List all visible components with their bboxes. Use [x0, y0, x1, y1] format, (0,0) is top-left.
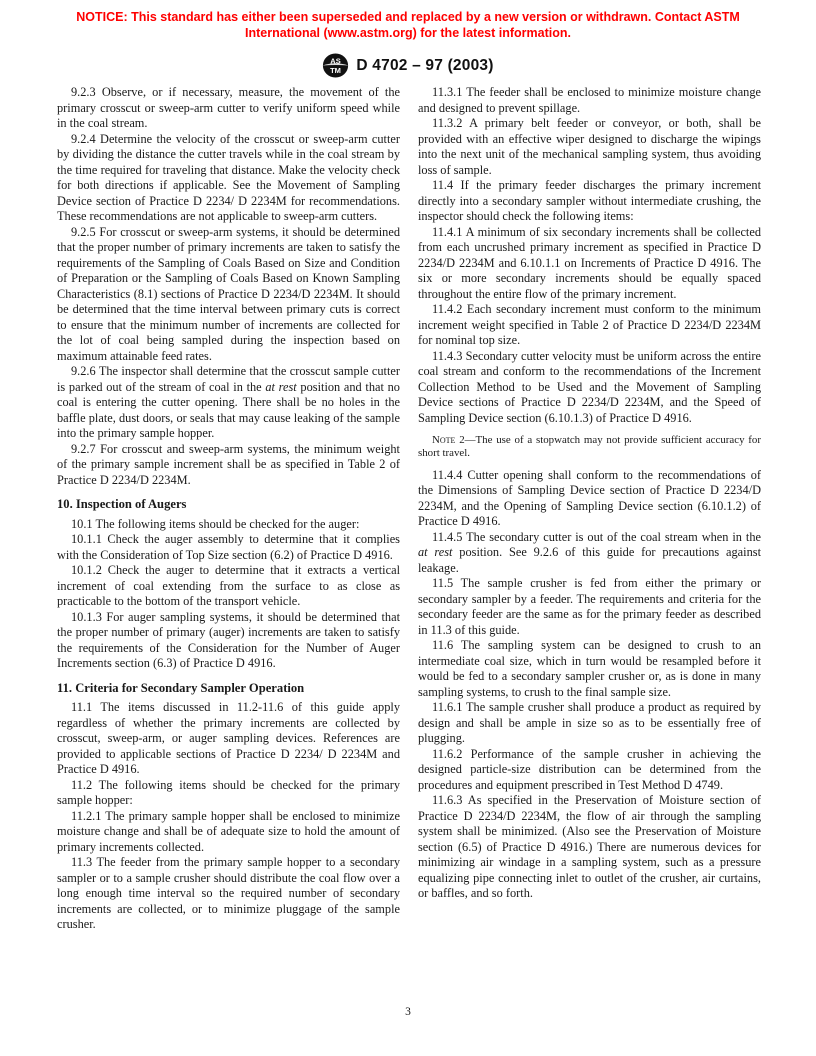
- notice-line-1: NOTICE: This standard has either been su…: [30, 9, 786, 25]
- text-run: 11.2.1 The primary sample hopper shall b…: [57, 809, 400, 854]
- text-run: 9.2.7 For crosscut and sweep-arm systems…: [57, 442, 400, 487]
- text-run: 11.1 The items discussed in 11.2-11.6 of…: [57, 700, 400, 776]
- paragraph: 11.4.3 Secondary cutter velocity must be…: [418, 349, 761, 427]
- paragraph: 9.2.3 Observe, or if necessary, measure,…: [57, 85, 400, 132]
- text-run: 11.2 The following items should be check…: [57, 778, 400, 808]
- paragraph: 11.4.5 The secondary cutter is out of th…: [418, 530, 761, 577]
- text-run: 11.6.1 The sample crusher shall produce …: [418, 700, 761, 745]
- text-run: 11.6 The sampling system can be designed…: [418, 638, 761, 699]
- paragraph: 11.2 The following items should be check…: [57, 778, 400, 809]
- paragraph: 11.6.1 The sample crusher shall produce …: [418, 700, 761, 747]
- text-run: 11.3.2 A primary belt feeder or conveyor…: [418, 116, 761, 177]
- paragraph: 11.4.4 Cutter opening shall conform to t…: [418, 468, 761, 530]
- text-run: 10.1 The following items should be check…: [71, 517, 359, 531]
- paragraph: 10.1.3 For auger sampling systems, it sh…: [57, 610, 400, 672]
- italic-text-run: at rest: [265, 380, 296, 394]
- text-run: 9.2.4 Determine the velocity of the cros…: [57, 132, 400, 224]
- document-header: AS TM D 4702 – 97 (2003): [0, 52, 816, 79]
- document-page: NOTICE: This standard has either been su…: [0, 0, 816, 1056]
- text-run: 11.6.2 Performance of the sample crusher…: [418, 747, 761, 792]
- text-run: position. See 9.2.6 of this guide for pr…: [418, 545, 761, 575]
- footnote: Note 2—The use of a stopwatch may not pr…: [418, 434, 761, 461]
- text-run: 11.3 The feeder from the primary sample …: [57, 855, 400, 931]
- right-column: 11.3.1 The feeder shall be enclosed to m…: [418, 85, 761, 933]
- notice-line-2: International (www.astm.org) for the lat…: [30, 25, 786, 41]
- paragraph: 11.3.1 The feeder shall be enclosed to m…: [418, 85, 761, 116]
- text-run: 11.4.1 A minimum of six secondary increm…: [418, 225, 761, 301]
- text-run: 9.2.5 For crosscut or sweep-arm systems,…: [57, 225, 400, 363]
- paragraph: 11.2.1 The primary sample hopper shall b…: [57, 809, 400, 856]
- section-heading: 11. Criteria for Secondary Sampler Opera…: [57, 681, 400, 697]
- page-number: 3: [0, 1006, 816, 1018]
- text-run: 11.4.3 Secondary cutter velocity must be…: [418, 349, 761, 425]
- standard-designation: D 4702 – 97 (2003): [356, 57, 493, 75]
- text-run: 11. Criteria for Secondary Sampler Opera…: [57, 681, 304, 695]
- text-run: 11.4.4 Cutter opening shall conform to t…: [418, 468, 761, 529]
- body-columns: 9.2.3 Observe, or if necessary, measure,…: [57, 85, 761, 933]
- paragraph: 10.1 The following items should be check…: [57, 517, 400, 533]
- paragraph: 11.6.3 As specified in the Preservation …: [418, 793, 761, 902]
- supersession-notice: NOTICE: This standard has either been su…: [30, 9, 786, 41]
- left-column: 9.2.3 Observe, or if necessary, measure,…: [57, 85, 400, 933]
- section-heading: 10. Inspection of Augers: [57, 497, 400, 513]
- paragraph: 10.1.1 Check the auger assembly to deter…: [57, 532, 400, 563]
- paragraph: 11.4.1 A minimum of six secondary increm…: [418, 225, 761, 303]
- astm-logo-icon: AS TM: [322, 52, 349, 79]
- text-run: 9.2.3 Observe, or if necessary, measure,…: [57, 85, 400, 130]
- paragraph: 11.6.2 Performance of the sample crusher…: [418, 747, 761, 794]
- text-run: 2—The use of a stopwatch may not provide…: [418, 434, 761, 459]
- paragraph: 9.2.5 For crosscut or sweep-arm systems,…: [57, 225, 400, 365]
- text-run: 10.1.2 Check the auger to determine that…: [57, 563, 400, 608]
- text-run: 11.4.2 Each secondary increment must con…: [418, 302, 761, 347]
- text-run: 11.5 The sample crusher is fed from eith…: [418, 576, 761, 637]
- paragraph: 11.6 The sampling system can be designed…: [418, 638, 761, 700]
- paragraph: 11.5 The sample crusher is fed from eith…: [418, 576, 761, 638]
- paragraph: 11.1 The items discussed in 11.2-11.6 of…: [57, 700, 400, 778]
- text-run: 10.1.3 For auger sampling systems, it sh…: [57, 610, 400, 671]
- text-run: 11.4.5 The secondary cutter is out of th…: [432, 530, 761, 544]
- text-run: 10. Inspection of Augers: [57, 497, 186, 511]
- paragraph: 11.3 The feeder from the primary sample …: [57, 855, 400, 933]
- text-run: 11.4 If the primary feeder discharges th…: [418, 178, 761, 223]
- text-run: 11.6.3 As specified in the Preservation …: [418, 793, 761, 900]
- paragraph: 11.4 If the primary feeder discharges th…: [418, 178, 761, 225]
- paragraph: 11.4.2 Each secondary increment must con…: [418, 302, 761, 349]
- paragraph: 9.2.4 Determine the velocity of the cros…: [57, 132, 400, 225]
- text-run: 10.1.1 Check the auger assembly to deter…: [57, 532, 400, 562]
- paragraph: 10.1.2 Check the auger to determine that…: [57, 563, 400, 610]
- svg-text:TM: TM: [330, 66, 341, 75]
- text-run: 11.3.1 The feeder shall be enclosed to m…: [418, 85, 761, 115]
- italic-text-run: at rest: [418, 545, 452, 559]
- paragraph: 11.3.2 A primary belt feeder or conveyor…: [418, 116, 761, 178]
- svg-text:AS: AS: [331, 57, 341, 66]
- text-run: Note: [432, 434, 455, 446]
- paragraph: 9.2.7 For crosscut and sweep-arm systems…: [57, 442, 400, 489]
- paragraph: 9.2.6 The inspector shall determine that…: [57, 364, 400, 442]
